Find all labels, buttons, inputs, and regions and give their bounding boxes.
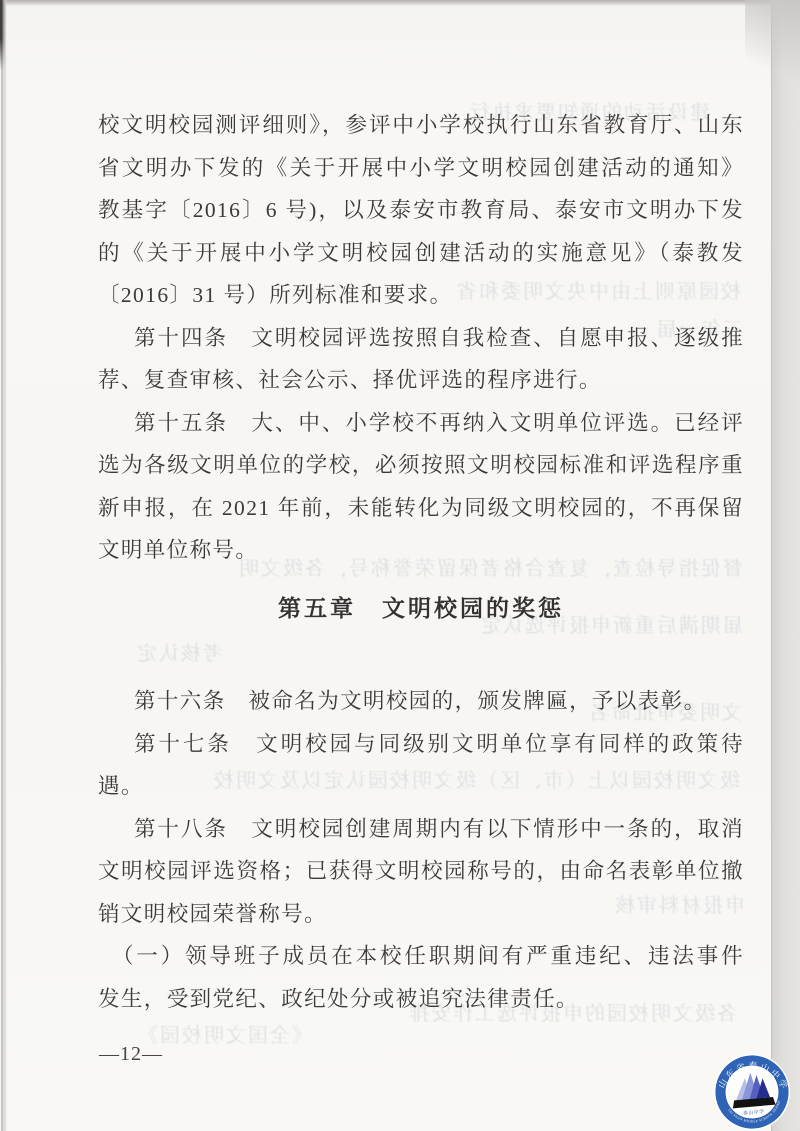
text-line: 文明校园评选资格；已获得文明校园称号的，由命名表彰单位撤 — [98, 850, 744, 893]
text-line: 遇。 — [98, 765, 744, 808]
text-line: 的《关于开展中小学文明校园创建活动的实施意见》（泰教发 — [98, 232, 744, 275]
text-line: 第十八条 文明校园创建周期内有以下情形中一条的，取消 — [98, 808, 744, 851]
scan-edge-right-shadow — [745, 0, 800, 130]
scan-edge-left-shadow — [0, 0, 6, 70]
text-line: 第十四条 文明校园评选按照自我检查、自愿申报、逐级推 — [98, 317, 744, 360]
page-number: —12— — [99, 1042, 163, 1066]
text-line: 文明单位称号。 — [98, 529, 744, 572]
text-line: 荐、复查审核、社会公示、择优评选的程序进行。 — [98, 359, 744, 402]
text-line: 第十六条 被命名为文明校园的，颁发牌匾，予以表彰。 — [98, 680, 744, 723]
scanned-document-page: 建设活动的通知要求执行 校园原则上由中央文明委和省 三年一届 督促指导检查，复查… — [0, 0, 800, 1131]
scan-edge-left — [0, 0, 7, 1131]
body-text-block-1: 校文明校园测评细则》，参评中小学校执行山东省教育厅、山东 省文明办下发的《关于开… — [98, 104, 744, 572]
bleed-through-text: 考核认定 — [88, 641, 223, 667]
text-line: 发生，受到党纪、政纪处分或被追究法律责任。 — [98, 978, 744, 1021]
text-line: 选为各级文明单位的学校，必须按照文明校园标准和评选程序重 — [98, 444, 744, 487]
text-line: 新申报，在 2021 年前，未能转化为同级文明校园的，不再保留 — [98, 487, 744, 530]
text-line: 〔2016〕31 号）所列标准和要求。 — [98, 274, 744, 317]
chapter-heading: 第五章 文明校园的奖惩 — [98, 586, 744, 632]
text-line: （一）领导班子成员在本校任职期间有严重违纪、违法事件 — [98, 935, 744, 978]
scan-edge-top — [0, 0, 800, 6]
body-text-block-2: 第十六条 被命名为文明校园的，颁发牌匾，予以表彰。 第十七条 文明校园与同级别文… — [98, 680, 744, 1020]
text-line: 省文明办下发的《关于开展中小学文明校园创建活动的通知》(鲁 — [98, 147, 744, 190]
text-line: 教基字〔2016〕6 号)，以及泰安市教育局、泰安市文明办下发 — [98, 189, 744, 232]
text-line: 校文明校园测评细则》，参评中小学校执行山东省教育厅、山东 — [98, 104, 744, 147]
text-line: 销文明校园荣誉称号。 — [98, 893, 744, 936]
scan-edge-right — [771, 0, 800, 1131]
school-badge-stamp: 山东省泰山中学 TAI SHAN MIDDLE SCHOOL SHANDONG … — [710, 1050, 795, 1131]
school-badge-icon: 山东省泰山中学 TAI SHAN MIDDLE SCHOOL SHANDONG … — [710, 1050, 795, 1131]
text-line: 第十七条 文明校园与同级别文明单位享有同样的政策待 — [98, 723, 744, 766]
text-line: 第十五条 大、中、小学校不再纳入文明单位评选。已经评 — [98, 402, 744, 445]
